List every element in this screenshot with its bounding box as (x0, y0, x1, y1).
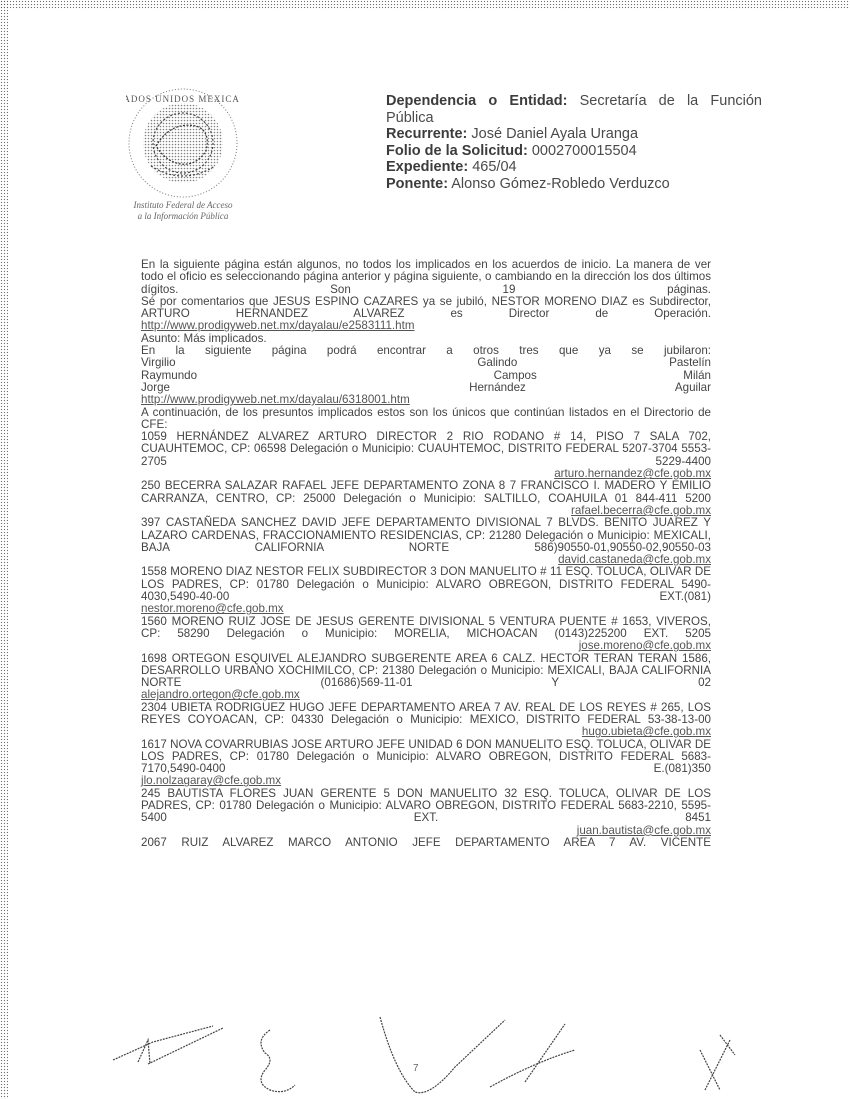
retired-last-name: Aguilar (675, 382, 711, 394)
entry-text: 2304 UBIETA RODRIGUEZ HUGO JEFE DEPARTAM… (141, 702, 711, 727)
entry-email-link[interactable]: jlo.nolzagaray@cfe.gob.mx (141, 774, 281, 787)
entry-email-link[interactable]: arturo.hernandez@cfe.gob.mx (554, 467, 711, 480)
signature-4-icon (690, 1030, 740, 1095)
entry-text: 1617 NOVA COVARRUBIAS JOSE ARTURO JEFE U… (141, 739, 711, 776)
retired-first-name: Virgilio (141, 357, 176, 369)
retired-row: Virgilio Galindo Pastelín (141, 357, 711, 369)
ponente-label: Ponente: (386, 176, 448, 192)
entry-text: 1558 MORENO DIAZ NESTOR FELIX SUBDIRECTO… (141, 566, 711, 603)
entry-text: 2067 RUIZ ALVAREZ MARCO ANTONIO JEFE DEP… (141, 837, 711, 849)
entry-text: 1560 MORENO RUIZ JOSE DE JESUS GERENTE D… (141, 616, 711, 641)
directory-entry: 1558 MORENO DIAZ NESTOR FELIX SUBDIRECTO… (141, 566, 711, 615)
expediente-value: 465/04 (472, 159, 516, 175)
svg-text:ESTADOS UNIDOS MEXICANOS: ESTADOS UNIDOS MEXICANOS (126, 94, 240, 104)
expediente-label: Expediente: (386, 159, 468, 175)
directory-entry: 245 BAUTISTA FLORES JUAN GERENTE 5 DON M… (141, 788, 711, 837)
dependencia-label: Dependencia o Entidad: (386, 93, 567, 109)
entry-email-link[interactable]: juan.bautista@cfe.gob.mx (577, 824, 711, 837)
dependencia-row: Dependencia o Entidad: Secretaría de la … (386, 93, 762, 126)
retired-middle-name: Galindo (477, 357, 517, 369)
directory-entry: 1560 MORENO RUIZ JOSE DE JESUS GERENTE D… (141, 616, 711, 653)
retired-middle-name: Hernández (469, 382, 526, 394)
folio-row: Folio de la Solicitud: 0002700015504 (386, 143, 762, 160)
signature-3-icon (375, 1012, 615, 1097)
entry-text: 397 CASTAÑEDA SANCHEZ DAVID JEFE DEPARTA… (141, 517, 711, 554)
mexican-coat-of-arms-seal-icon: ESTADOS UNIDOS MEXICANOS (126, 86, 240, 200)
document-body: En la siguiente página están algunos, no… (141, 259, 711, 849)
ponente-value: Alonso Gómez-Robledo Verduzco (451, 176, 669, 192)
seal-caption-line1: Instituto Federal de Acceso (108, 200, 258, 211)
retired-last-name: Pastelín (669, 357, 711, 369)
scan-border-top (0, 0, 850, 9)
retired-intro: En la siguiente página podrá encontrar a… (141, 345, 711, 357)
expediente-row: Expediente: 465/04 (386, 159, 762, 176)
entry-text: 1059 HERNÁNDEZ ALVAREZ ARTURO DIRECTOR 2… (141, 431, 711, 468)
directory-entry: 1698 ORTEGON ESQUIVEL ALEJANDRO SUBGEREN… (141, 653, 711, 702)
directory-intro: A continuación, de los presuntos implica… (141, 407, 711, 432)
directory-entry: 1059 HERNÁNDEZ ALVAREZ ARTURO DIRECTOR 2… (141, 431, 711, 480)
directory-entry: 1617 NOVA COVARRUBIAS JOSE ARTURO JEFE U… (141, 739, 711, 788)
entry-email-link[interactable]: hugo.ubieta@cfe.gob.mx (582, 725, 711, 738)
institution-caption: Instituto Federal de Acceso a la Informa… (108, 200, 258, 222)
entry-text: 245 BAUTISTA FLORES JUAN GERENTE 5 DON M… (141, 788, 711, 825)
entry-email-link[interactable]: david.castaneda@cfe.gob.mx (558, 553, 711, 566)
entry-text: 1698 ORTEGON ESQUIVEL ALEJANDRO SUBGEREN… (141, 653, 711, 690)
directory-entry: 397 CASTAÑEDA SANCHEZ DAVID JEFE DEPARTA… (141, 517, 711, 566)
entry-email-link[interactable]: alejandro.ortegon@cfe.gob.mx (141, 688, 300, 701)
scan-border-left (0, 0, 8, 1099)
directory-entry: 2304 UBIETA RODRIGUEZ HUGO JEFE DEPARTAM… (141, 702, 711, 739)
folio-value: 0002700015504 (532, 143, 637, 159)
signature-2-icon (250, 1025, 310, 1095)
link-prodigyweb-1[interactable]: http://www.prodigyweb.net.mx/dayalau/e25… (141, 319, 414, 332)
entry-text: 250 BECERRA SALAZAR RAFAEL JEFE DEPARTAM… (141, 480, 711, 505)
case-header: Dependencia o Entidad: Secretaría de la … (386, 93, 762, 192)
link-prodigyweb-2[interactable]: http://www.prodigyweb.net.mx/dayalau/631… (141, 393, 410, 406)
recurrente-value: José Daniel Ayala Uranga (471, 126, 638, 142)
recurrente-row: Recurrente: José Daniel Ayala Uranga (386, 126, 762, 143)
recurrente-label: Recurrente: (386, 126, 467, 142)
entry-email-link[interactable]: rafael.becerra@cfe.gob.mx (571, 504, 711, 517)
directory-entry: 2067 RUIZ ALVAREZ MARCO ANTONIO JEFE DEP… (141, 837, 711, 849)
directory-entry: 250 BECERRA SALAZAR RAFAEL JEFE DEPARTAM… (141, 480, 711, 517)
comment-paragraph: Sé por comentarios que JESUS ESPINO CAZA… (141, 296, 711, 321)
ponente-row: Ponente: Alonso Gómez-Robledo Verduzco (386, 176, 762, 193)
retired-row: Raymundo Campos Milán (141, 370, 711, 382)
entry-email-link[interactable]: jose.moreno@cfe.gob.mx (579, 639, 711, 652)
signature-1-icon (108, 1020, 228, 1070)
folio-label: Folio de la Solicitud: (386, 143, 528, 159)
retired-list: Virgilio Galindo Pastelín Raymundo Campo… (141, 357, 711, 394)
entry-email-link[interactable]: nestor.moreno@cfe.gob.mx (141, 602, 284, 615)
seal-caption-line2: a la Información Pública (108, 211, 258, 222)
intro-paragraph: En la siguiente página están algunos, no… (141, 259, 711, 296)
